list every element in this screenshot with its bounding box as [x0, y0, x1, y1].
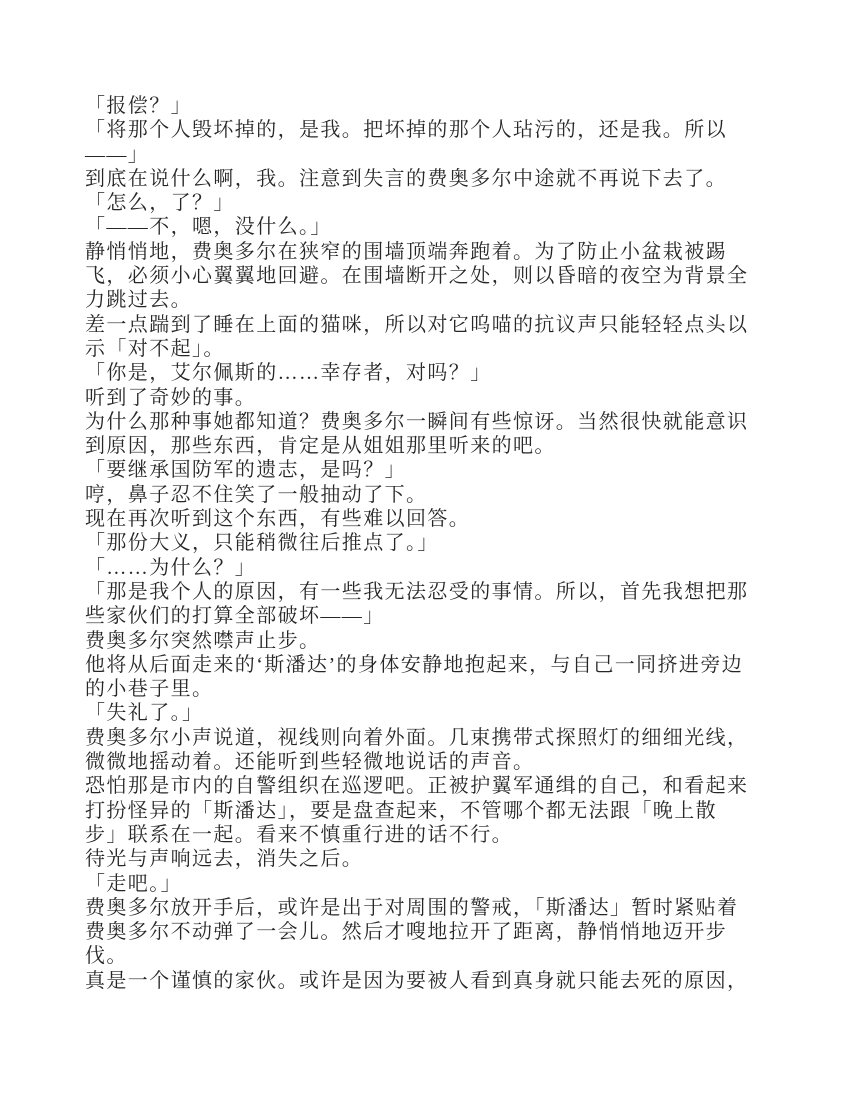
- text-line: 「——不，嗯，没什么。」: [85, 215, 785, 239]
- text-line: 步」联系在一起。看来不慎重行进的话不行。: [85, 823, 785, 847]
- text-line: 「怎么，了？」: [85, 191, 785, 215]
- text-line: 真是一个谨慎的家伙。或许是因为要被人看到真身就只能去死的原因，: [85, 969, 785, 993]
- text-line: 到原因，那些东西，肯定是从姐姐那里听来的吧。: [85, 434, 785, 458]
- text-line: 伐。: [85, 944, 785, 968]
- text-line: 「你是，艾尔佩斯的……幸存者，对吗？」: [85, 361, 785, 385]
- text-line: 「……为什么？」: [85, 556, 785, 580]
- text-line: 「报偿？」: [85, 94, 785, 118]
- text-line: 哼，鼻子忍不住笑了一般抽动了下。: [85, 483, 785, 507]
- text-line: 打扮怪异的「斯潘达」，要是盘查起来，不管哪个都无法跟「晚上散: [85, 799, 785, 823]
- document-page: 「报偿？」 「将那个人毁坏掉的，是我。把坏掉的那个人玷污的，还是我。所以 ——」…: [0, 0, 850, 1100]
- text-line: 费奥多尔小声说道，视线则向着外面。几束携带式探照灯的细细光线，: [85, 726, 785, 750]
- text-line: 到底在说什么啊，我。注意到失言的费奥多尔中途就不再说下去了。: [85, 167, 785, 191]
- text-line: 「那份大义，只能稍微往后推点了。」: [85, 531, 785, 555]
- text-line: ——」: [85, 143, 785, 167]
- text-line: 「要继承国防军的遗志，是吗？」: [85, 458, 785, 482]
- text-line: 费奥多尔突然噤声止步。: [85, 629, 785, 653]
- text-line: 「走吧。」: [85, 872, 785, 896]
- text-line: 「失礼了。」: [85, 701, 785, 725]
- text-line: 待光与声响远去，消失之后。: [85, 847, 785, 871]
- text-line: 费奥多尔放开手后，或许是出于对周围的警戒，「斯潘达」暂时紧贴着: [85, 896, 785, 920]
- text-line: 现在再次听到这个东西，有些难以回答。: [85, 507, 785, 531]
- text-line: 力跳过去。: [85, 288, 785, 312]
- text-line: 的小巷子里。: [85, 677, 785, 701]
- text-line: 费奥多尔不动弹了一会儿。然后才嗖地拉开了距离，静悄悄地迈开步: [85, 920, 785, 944]
- text-line: 他将从后面走来的‘斯潘达’的身体安静地抱起来，与自己一同挤进旁边: [85, 653, 785, 677]
- text-line: 静悄悄地，费奥多尔在狭窄的围墙顶端奔跑着。为了防止小盆栽被踢: [85, 240, 785, 264]
- text-line: 些家伙们的打算全部破坏——」: [85, 604, 785, 628]
- text-line: 恐怕那是市内的自警组织在巡逻吧。正被护翼军通缉的自己，和看起来: [85, 774, 785, 798]
- text-line: 飞，必须小心翼翼地回避。在围墙断开之处，则以昏暗的夜空为背景全: [85, 264, 785, 288]
- text-line: 「那是我个人的原因，有一些我无法忍受的事情。所以，首先我想把那: [85, 580, 785, 604]
- text-line: 听到了奇妙的事。: [85, 386, 785, 410]
- body-text: 「报偿？」 「将那个人毁坏掉的，是我。把坏掉的那个人玷污的，还是我。所以 ——」…: [85, 94, 785, 993]
- text-line: 差一点踹到了睡在上面的猫咪，所以对它呜喵的抗议声只能轻轻点头以: [85, 313, 785, 337]
- text-line: 微微地摇动着。还能听到些轻微地说话的声音。: [85, 750, 785, 774]
- text-line: 为什么那种事她都知道？费奥多尔一瞬间有些惊讶。当然很快就能意识: [85, 410, 785, 434]
- text-line: 示「对不起」。: [85, 337, 785, 361]
- text-line: 「将那个人毁坏掉的，是我。把坏掉的那个人玷污的，还是我。所以: [85, 118, 785, 142]
